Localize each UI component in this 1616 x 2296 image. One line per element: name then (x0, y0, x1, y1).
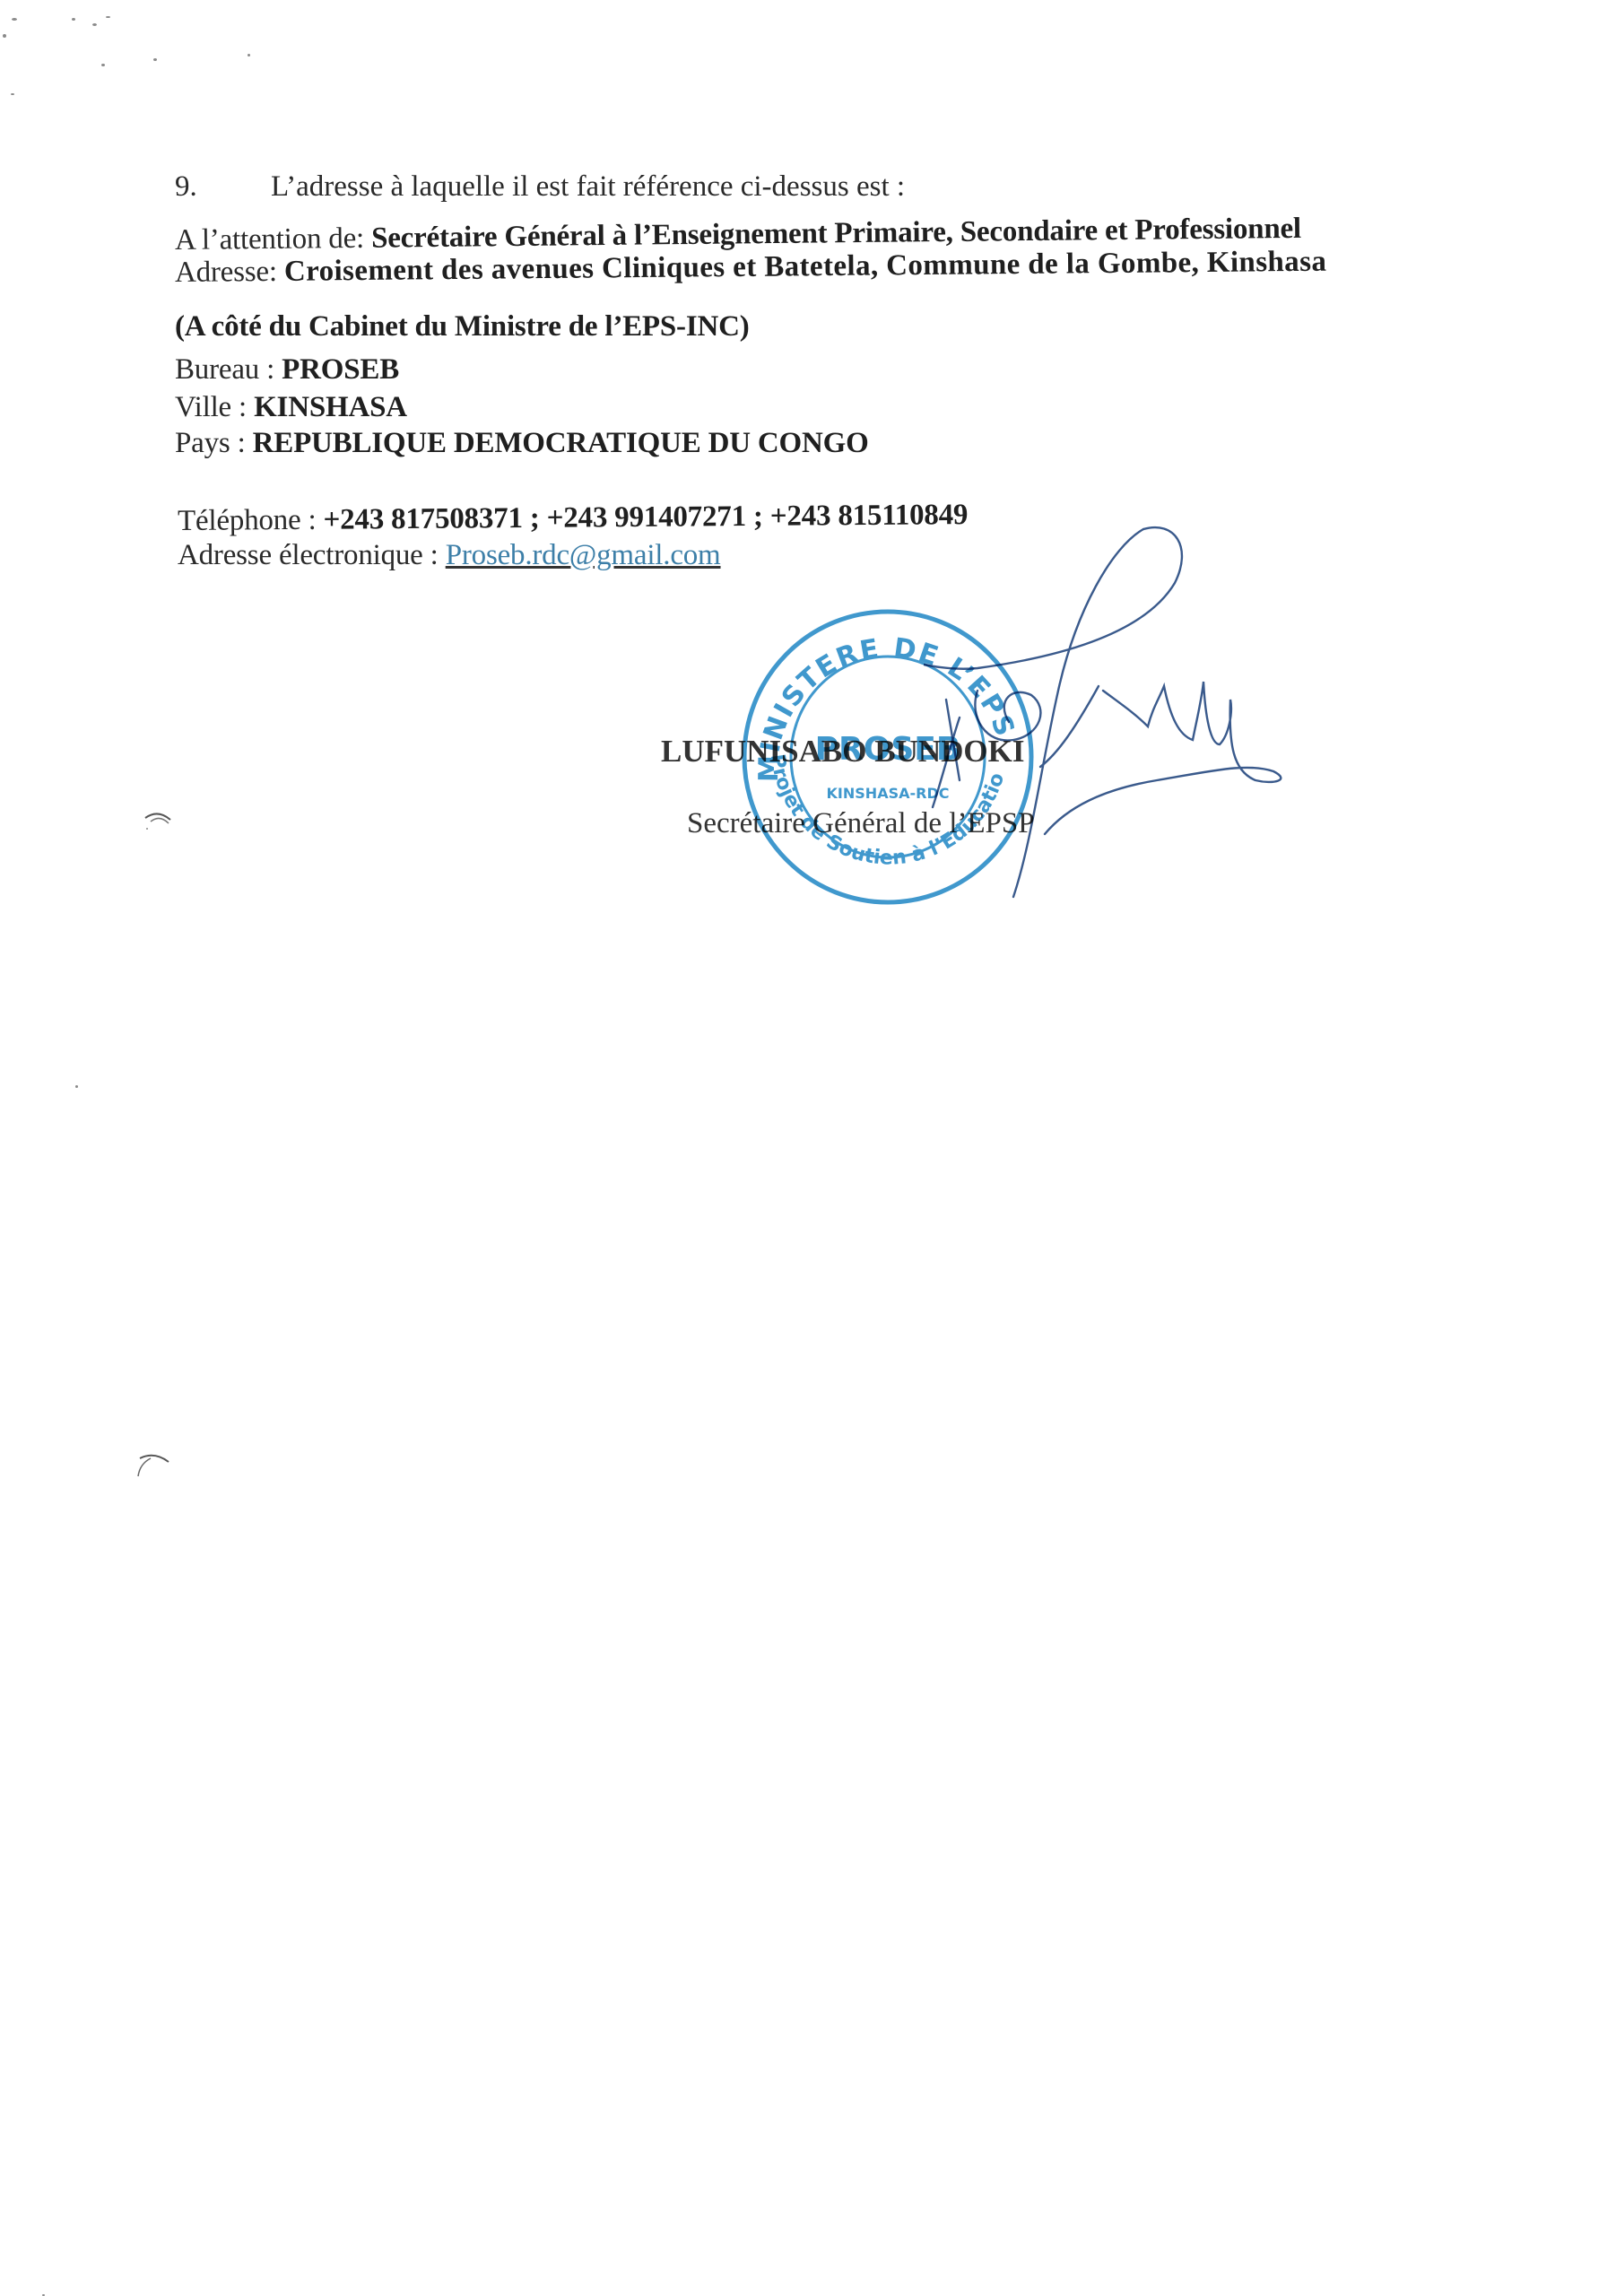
scan-speck (92, 23, 97, 26)
address-continuation: (A côté du Cabinet du Ministre de l’EPS-… (175, 310, 750, 343)
phone-value: +243 817508371 ; +243 991407271 ; +243 8… (323, 499, 968, 536)
scan-speck (101, 64, 105, 66)
punch-hole-mark (135, 1449, 170, 1485)
email-line: Adresse électronique : Proseb.rdc@gmail.… (178, 541, 721, 570)
handwritten-signature (924, 511, 1300, 924)
city-label: Ville : (175, 391, 254, 423)
scan-speck (75, 1085, 78, 1088)
office-line: Bureau : PROSEB (175, 355, 399, 385)
phone-label: Téléphone : (178, 504, 324, 537)
scan-speck (72, 18, 75, 21)
address-continuation-line: (A côté du Cabinet du Ministre de l’EPS-… (175, 312, 750, 342)
scan-speck (248, 54, 250, 57)
city-value: KINSHASA (254, 391, 407, 423)
scanned-document-page: 9. L’adresse à laquelle il est fait réfé… (0, 0, 1616, 2296)
country-line: Pays : REPUBLIQUE DEMOCRATIQUE DU CONGO (175, 429, 869, 458)
punch-hole-mark (142, 807, 178, 843)
country-label: Pays : (175, 427, 253, 459)
attention-label: A l’attention de: (175, 222, 371, 257)
office-label: Bureau : (175, 353, 282, 386)
address-label: Adresse: (175, 256, 284, 289)
country-value: REPUBLIQUE DEMOCRATIQUE DU CONGO (253, 427, 869, 459)
scan-speck (3, 34, 6, 38)
scan-speck (153, 58, 157, 61)
email-link[interactable]: Proseb.rdc@gmail.com (446, 539, 721, 571)
phone-line: Téléphone : +243 817508371 ; +243 991407… (178, 500, 969, 536)
item-heading: L’adresse à laquelle il est fait référen… (271, 170, 905, 204)
email-label: Adresse électronique : (178, 539, 446, 571)
office-value: PROSEB (282, 353, 399, 386)
scan-speck (12, 18, 17, 21)
item-number: 9. (175, 170, 197, 204)
scan-speck (11, 93, 14, 95)
city-line: Ville : KINSHASA (175, 393, 407, 422)
scan-speck (106, 16, 110, 18)
